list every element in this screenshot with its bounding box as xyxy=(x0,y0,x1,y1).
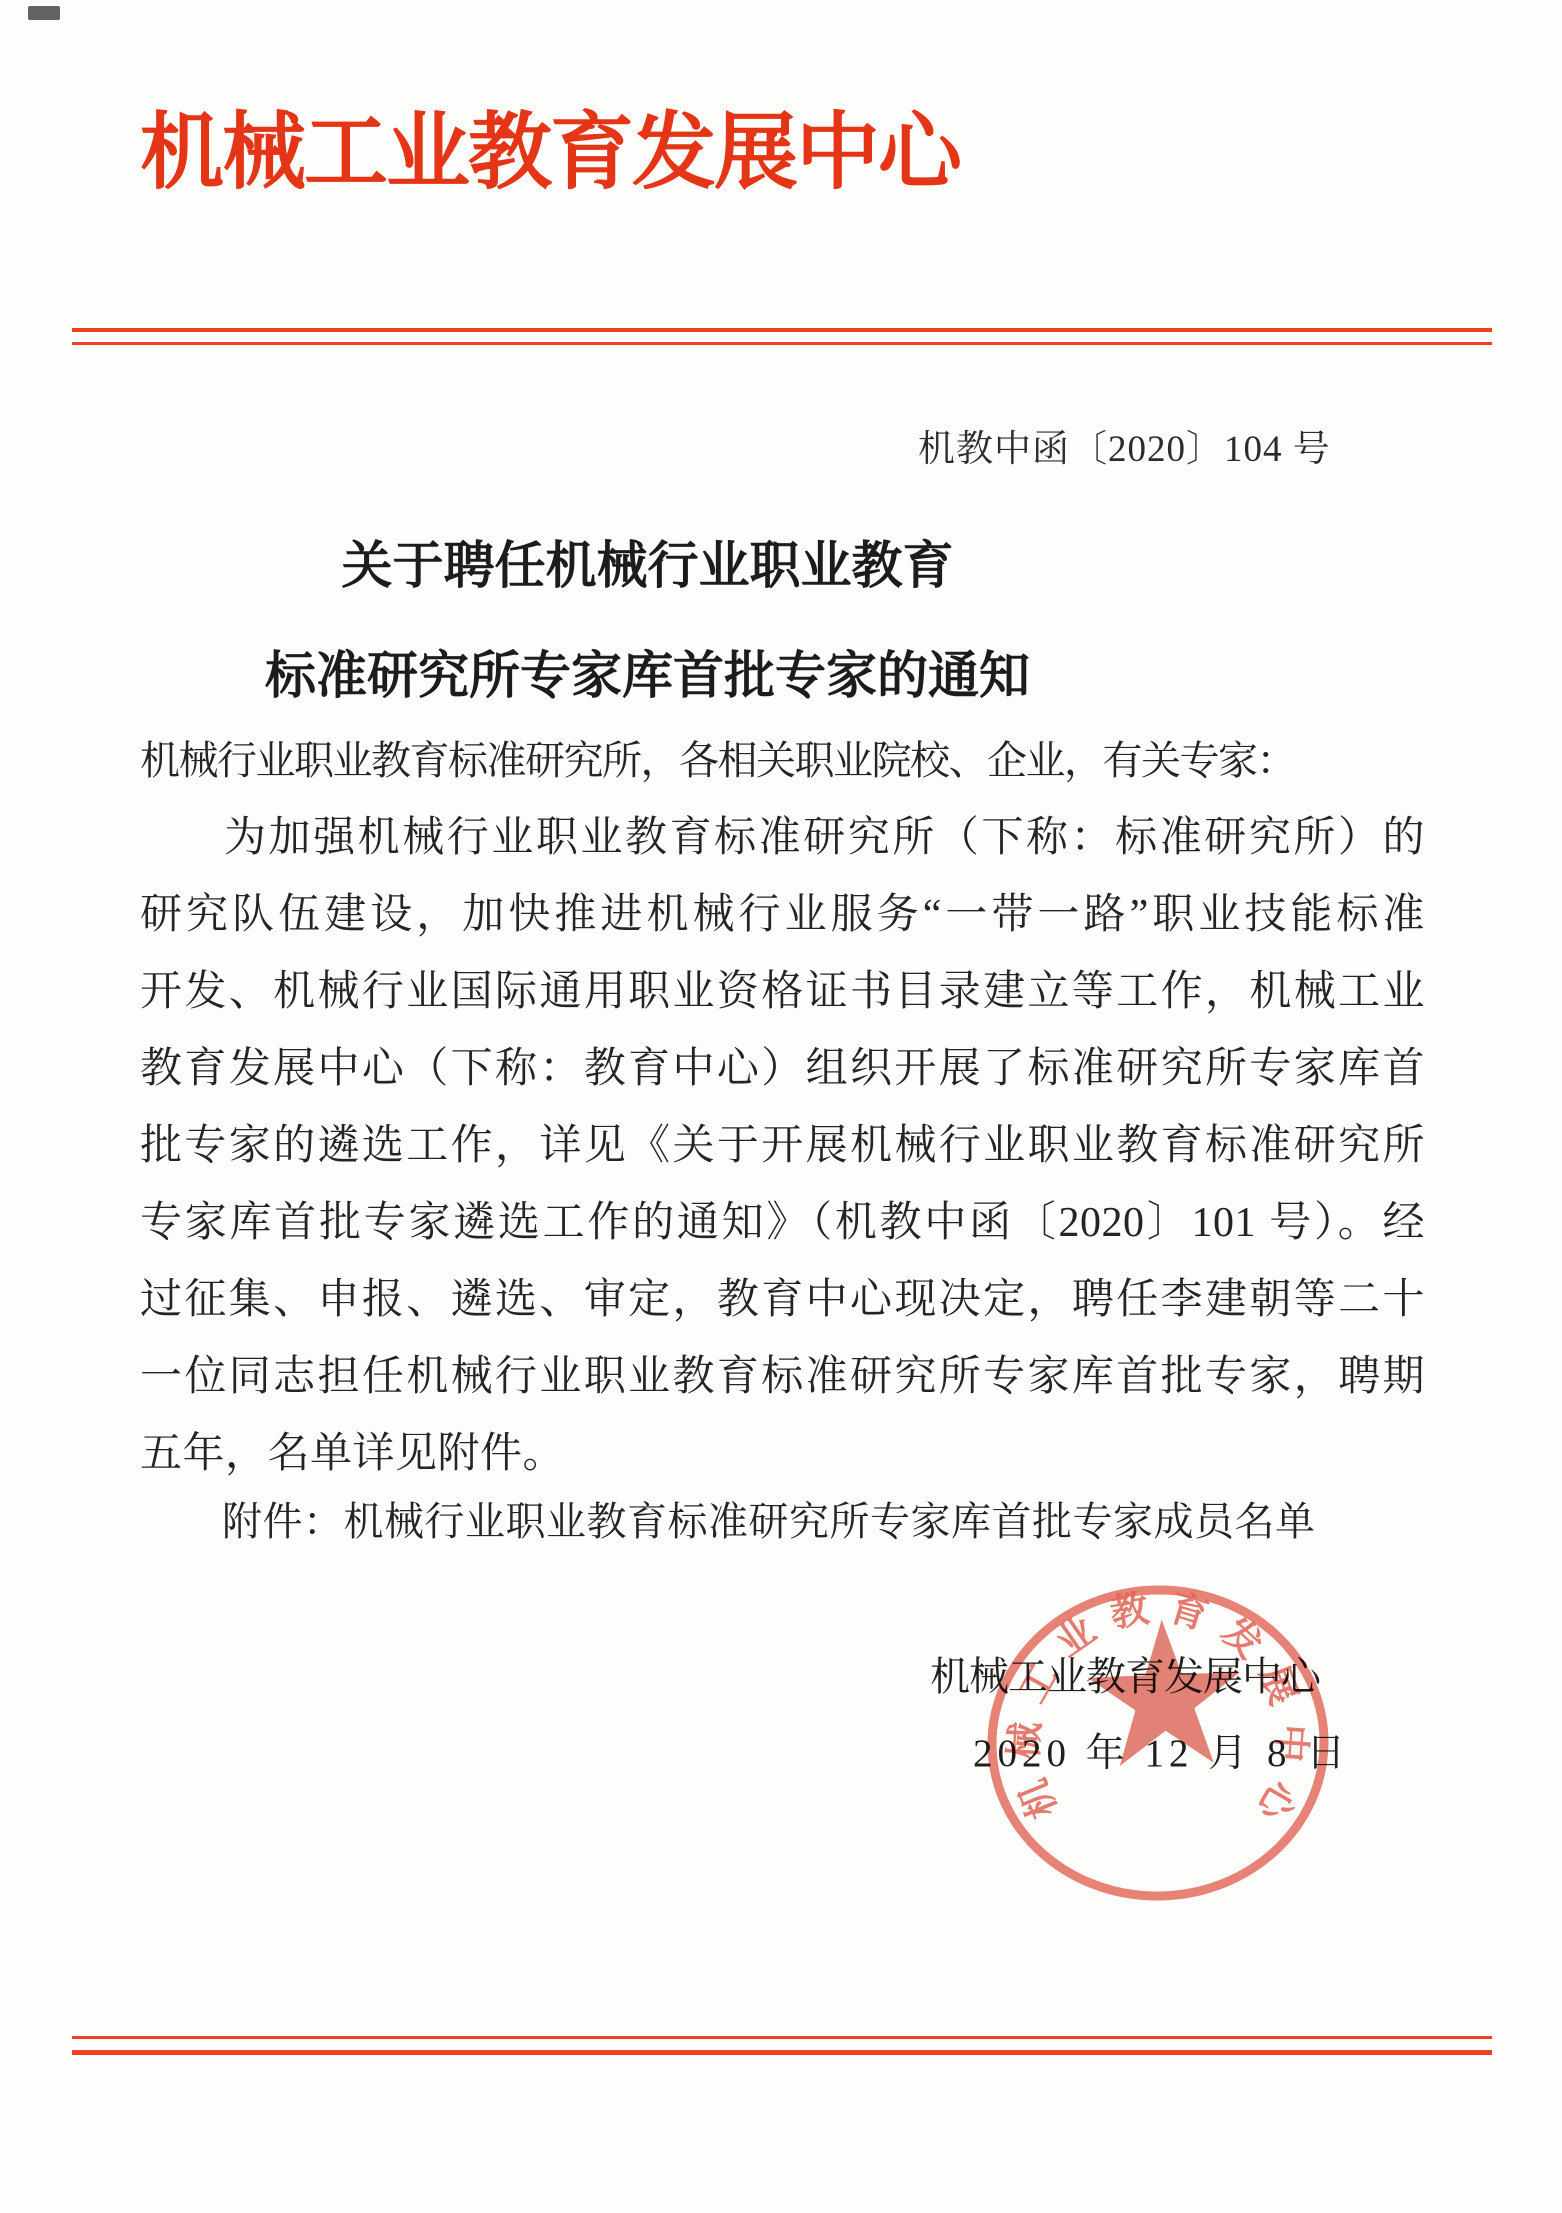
signature-org: 机械工业教育发展中心 xyxy=(930,1645,1320,1702)
body-line: 批专家的遴选工作，详见《关于开展机械行业职业教育标准研究所 xyxy=(140,1108,1425,1185)
scan-artifact xyxy=(28,6,60,20)
doc-title-line-2: 标准研究所专家库首批专家的通知 xyxy=(140,622,1155,732)
body-line: 过征集、申报、遴选、审定，教育中心现决定，聘任李建朝等二十 xyxy=(140,1262,1425,1339)
official-document-page: 机械工业教育发展中心 机教中函〔2020〕104 号 关于聘任机械行业职业教育 … xyxy=(0,0,1562,2213)
body-line: 一位同志担任机械行业职业教育标准研究所专家库首批专家，聘期 xyxy=(140,1339,1425,1416)
body-paragraph: 为加强机械行业职业教育标准研究所（下称：标准研究所）的 研究队伍建设，加快推进机… xyxy=(140,800,1425,1493)
body-line: 为加强机械行业职业教育标准研究所（下称：标准研究所）的 xyxy=(140,800,1425,877)
header-divider-thick xyxy=(72,328,1492,332)
footer-divider-thick xyxy=(72,2050,1492,2055)
signature-date: 2020 年 12 月 8 日 xyxy=(973,1722,1350,1778)
body-line: 五年，名单详见附件。 xyxy=(140,1416,1425,1493)
body-line: 开发、机械行业国际通用职业资格证书目录建立等工作，机械工业 xyxy=(140,954,1425,1031)
letterhead-org-name: 机械工业教育发展中心 xyxy=(140,108,960,200)
seal-arc-text: 机械工业教育发展中心 xyxy=(998,1581,1317,1851)
doc-number: 机教中函〔2020〕104 号 xyxy=(918,418,1331,472)
doc-title-line-1: 关于聘任机械行业职业教育 xyxy=(140,512,1155,622)
doc-title: 关于聘任机械行业职业教育 标准研究所专家库首批专家的通知 xyxy=(140,512,1155,732)
svg-text:机械工业教育发展中心: 机械工业教育发展中心 xyxy=(998,1581,1317,1851)
body-line: 研究队伍建设，加快推进机械行业服务“一带一路”职业技能标准 xyxy=(140,877,1425,954)
body-line: 专家库首批专家遴选工作的通知》（机教中函〔2020〕101 号）。经 xyxy=(140,1185,1425,1262)
header-divider-thin xyxy=(72,342,1492,345)
salutation: 机械行业职业教育标准研究所，各相关职业院校、企业，有关专家： xyxy=(140,733,1430,788)
body-line: 教育发展中心（下称：教育中心）组织开展了标准研究所专家库首 xyxy=(140,1031,1425,1108)
footer-divider-thin xyxy=(72,2036,1492,2039)
attachment-note: 附件：机械行业职业教育标准研究所专家库首批专家成员名单 xyxy=(222,1492,1316,1552)
